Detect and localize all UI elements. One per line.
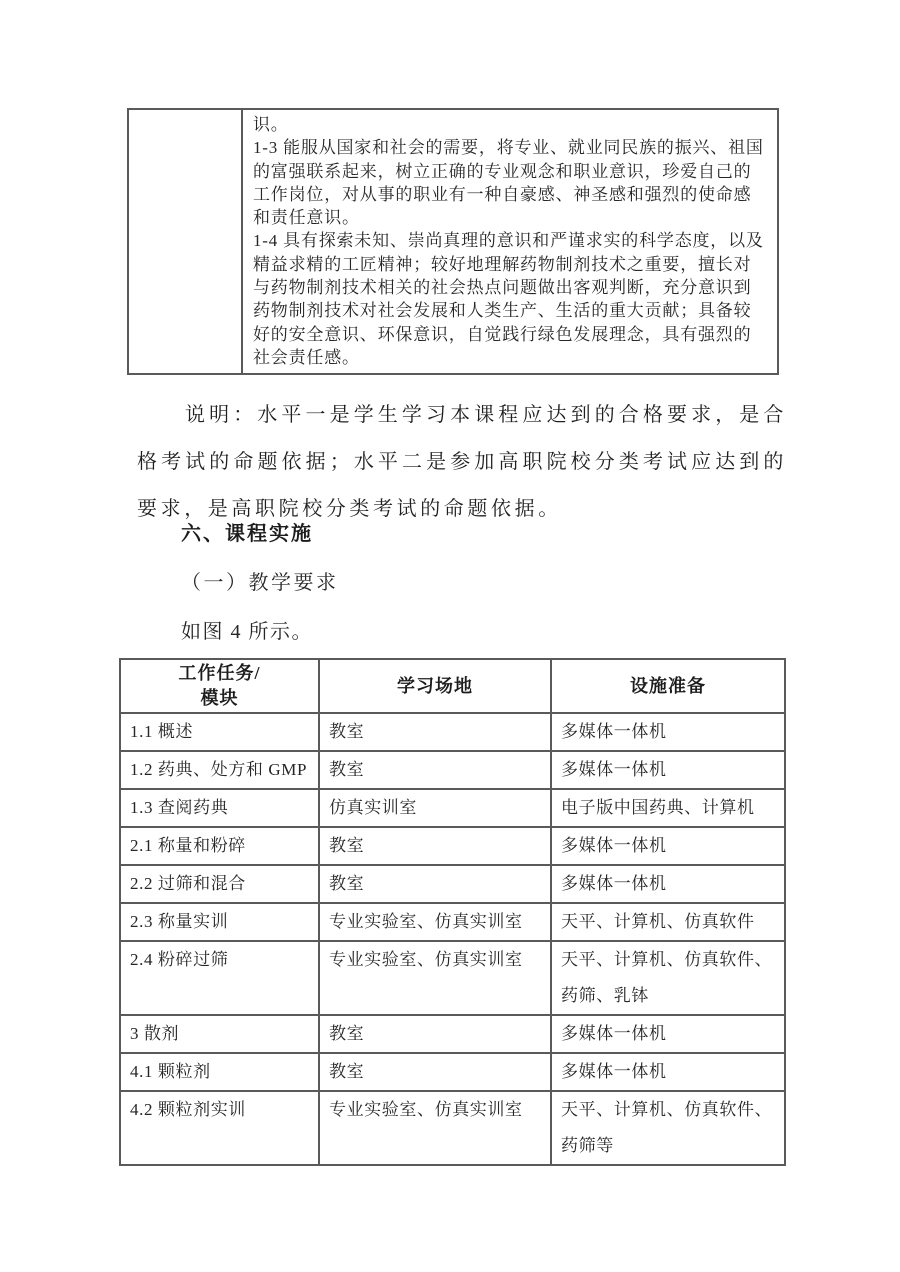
cell-facility-prep: 多媒体一体机 [551,751,785,789]
cell-work-task: 2.3 称量实训 [120,903,319,941]
cell-learning-place: 专业实验室、仿真实训室 [319,903,551,941]
cell-work-task: 2.1 称量和粉碎 [120,827,319,865]
competency-text-line: 药物制剂技术对社会发展和人类生产、生活的重大贡献；具备较 [253,299,769,322]
competency-text-line: 好的安全意识、环保意识，自觉践行绿色发展理念，具有强烈的 [253,323,769,346]
cell-work-task: 1.2 药典、处方和 GMP [120,751,319,789]
cell-work-task: 2.4 粉碎过筛 [120,941,319,1015]
cell-facility-prep: 多媒体一体机 [551,865,785,903]
table-row: 1.1 概述 教室 多媒体一体机 [120,713,785,751]
header-work-task-line1: 工作任务/ [125,661,314,686]
competency-text-line: 精益求精的工匠精神；较好地理解药物制剂技术之重要，擅长对 [253,253,769,276]
competency-text-line: 与药物制剂技术相关的社会热点问题做出客观判断，充分意识到 [253,276,769,299]
table-row: 2.4 粉碎过筛 专业实验室、仿真实训室 天平、计算机、仿真软件、药筛、乳钵 [120,941,785,1015]
table-header-row: 工作任务/ 模块 学习场地 设施准备 [120,659,785,713]
figure-reference-text: 如图 4 所示。 [137,608,787,657]
section-heading: 六、课程实施 [137,510,787,559]
table-row: 识。 1-3 能服从国家和社会的需要，将专业、就业同民族的振兴、祖国 的富强联系… [128,109,778,374]
competency-text-line: 工作岗位，对从事的职业有一种自豪感、神圣感和强烈的使命感 [253,183,769,206]
table-row: 4.1 颗粒剂 教室 多媒体一体机 [120,1053,785,1091]
cell-facility-prep: 多媒体一体机 [551,1053,785,1091]
cell-learning-place: 专业实验室、仿真实训室 [319,1091,551,1165]
cell-learning-place: 专业实验室、仿真实训室 [319,941,551,1015]
competency-text-line: 社会责任感。 [253,346,769,369]
cell-work-task: 4.1 颗粒剂 [120,1053,319,1091]
header-work-task: 工作任务/ 模块 [120,659,319,713]
competency-continuation-table: 识。 1-3 能服从国家和社会的需要，将专业、就业同民族的振兴、祖国 的富强联系… [127,108,779,375]
header-work-task-line2: 模块 [125,686,314,711]
cell-work-task: 1.1 概述 [120,713,319,751]
cell-facility-prep: 天平、计算机、仿真软件、药筛、乳钵 [551,941,785,1015]
competency-text-line: 和责任意识。 [253,206,769,229]
competency-text-line: 的富强联系起来，树立正确的专业观念和职业意识，珍爱自己的 [253,160,769,183]
table-row: 3 散剂 教室 多媒体一体机 [120,1015,785,1053]
table-row: 2.3 称量实训 专业实验室、仿真实训室 天平、计算机、仿真软件 [120,903,785,941]
cell-work-task: 4.2 颗粒剂实训 [120,1091,319,1165]
cell-learning-place: 教室 [319,751,551,789]
cell-facility-prep: 多媒体一体机 [551,713,785,751]
header-facility-prep: 设施准备 [551,659,785,713]
cell-work-task: 3 散剂 [120,1015,319,1053]
table-row: 1.3 查阅药典 仿真实训室 电子版中国药典、计算机 [120,789,785,827]
headings-block: 六、课程实施 （一）教学要求 如图 4 所示。 [137,510,787,657]
competency-text-line: 1-3 能服从国家和社会的需要，将专业、就业同民族的振兴、祖国 [253,136,769,159]
competency-table-left-cell [128,109,242,374]
cell-learning-place: 教室 [319,827,551,865]
competency-text-line: 识。 [253,113,769,136]
table-row: 1.2 药典、处方和 GMP 教室 多媒体一体机 [120,751,785,789]
table-row: 4.2 颗粒剂实训 专业实验室、仿真实训室 天平、计算机、仿真软件、药筛等 [120,1091,785,1165]
teaching-requirements-table: 工作任务/ 模块 学习场地 设施准备 1.1 概述 教室 多媒体一体机 1.2 … [119,658,786,1166]
cell-learning-place: 教室 [319,713,551,751]
cell-work-task: 1.3 查阅药典 [120,789,319,827]
competency-table-text-cell: 识。 1-3 能服从国家和社会的需要，将专业、就业同民族的振兴、祖国 的富强联系… [242,109,778,374]
cell-learning-place: 教室 [319,1015,551,1053]
cell-facility-prep: 天平、计算机、仿真软件 [551,903,785,941]
cell-facility-prep: 电子版中国药典、计算机 [551,789,785,827]
competency-text-line: 1-4 具有探索未知、崇尚真理的意识和严谨求实的科学态度，以及 [253,229,769,252]
subsection-heading: （一）教学要求 [137,559,787,608]
cell-learning-place: 仿真实训室 [319,789,551,827]
cell-learning-place: 教室 [319,1053,551,1091]
document-page: 识。 1-3 能服从国家和社会的需要，将专业、就业同民族的振兴、祖国 的富强联系… [0,0,900,1272]
table-body: 1.1 概述 教室 多媒体一体机 1.2 药典、处方和 GMP 教室 多媒体一体… [120,713,785,1165]
table-row: 2.2 过筛和混合 教室 多媒体一体机 [120,865,785,903]
cell-learning-place: 教室 [319,865,551,903]
cell-work-task: 2.2 过筛和混合 [120,865,319,903]
header-learning-place: 学习场地 [319,659,551,713]
cell-facility-prep: 多媒体一体机 [551,827,785,865]
table-row: 2.1 称量和粉碎 教室 多媒体一体机 [120,827,785,865]
cell-facility-prep: 多媒体一体机 [551,1015,785,1053]
cell-facility-prep: 天平、计算机、仿真软件、药筛等 [551,1091,785,1165]
